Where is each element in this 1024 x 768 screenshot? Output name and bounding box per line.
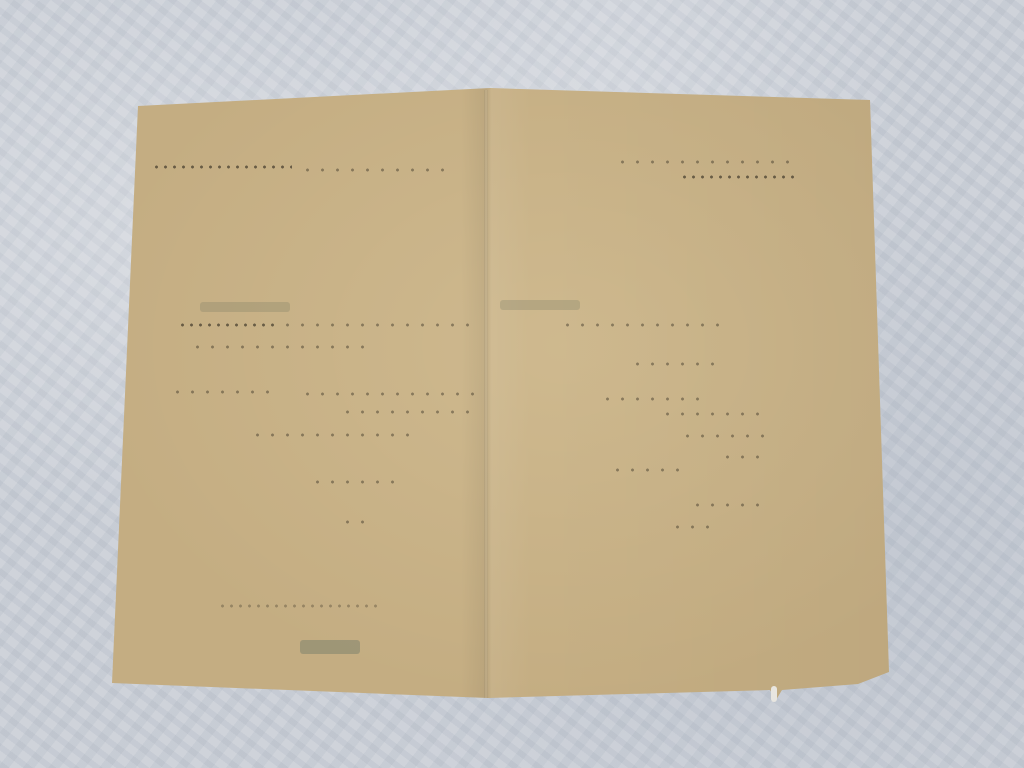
ink-show-through-line: [190, 345, 370, 349]
paper-fold-crease: [484, 90, 488, 698]
ink-show-through-line: [615, 160, 795, 164]
faint-handwriting-mark: [200, 302, 290, 312]
ink-show-through-line: [250, 433, 410, 437]
ink-show-through-line: [680, 434, 770, 438]
ink-show-through-line: [218, 604, 378, 608]
faint-handwriting-mark: [300, 640, 360, 654]
ink-show-through-line: [560, 323, 730, 327]
ink-show-through-line: [680, 175, 795, 179]
faint-handwriting-mark: [500, 300, 580, 310]
ink-show-through-line: [670, 525, 710, 529]
ink-show-through-line: [660, 412, 770, 416]
folded-paper-sheet: [0, 0, 1024, 768]
ink-show-through-line: [340, 520, 370, 524]
ink-show-through-line: [170, 390, 280, 394]
ink-show-through-line: [310, 480, 400, 484]
ink-show-through-line: [178, 323, 278, 327]
ink-show-through-line: [300, 392, 480, 396]
ink-show-through-line: [690, 503, 770, 507]
ink-show-through-line: [600, 397, 710, 401]
ink-show-through-line: [630, 362, 720, 366]
ink-show-through-line: [280, 323, 470, 327]
ink-show-through-line: [720, 455, 770, 459]
paper-tear: [771, 686, 777, 702]
ink-show-through-line: [300, 168, 450, 172]
ink-show-through-line: [152, 165, 292, 169]
ink-show-through-line: [610, 468, 690, 472]
ink-show-through-line: [340, 410, 470, 414]
